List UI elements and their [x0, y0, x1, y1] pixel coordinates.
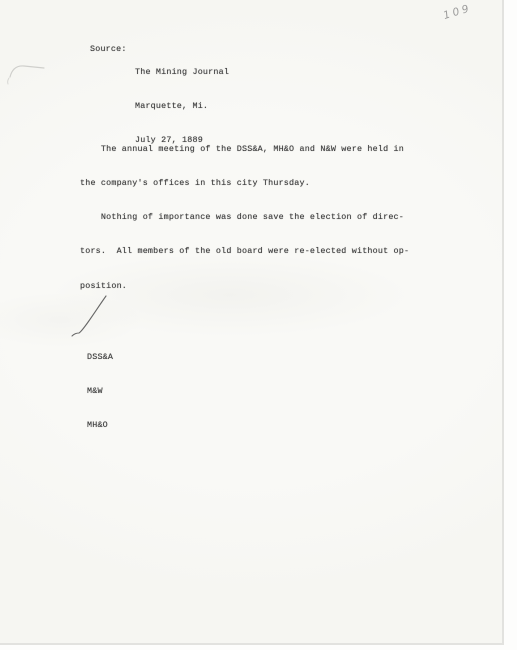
index-tag: MH&O — [87, 420, 113, 431]
article-line: Nothing of importance was done save the … — [80, 212, 409, 223]
article-body: The annual meeting of the DSS&A, MH&O an… — [80, 121, 409, 315]
index-tag: DSS&A — [87, 352, 113, 363]
scanned-document-page: 109 Source: The Mining Journal Marquette… — [0, 0, 517, 650]
paper-sheet — [0, 0, 504, 645]
index-tag: M&W — [87, 386, 113, 397]
article-line: position. — [80, 281, 409, 292]
source-label: Source: — [90, 44, 127, 55]
article-line: The annual meeting of the DSS&A, MH&O an… — [80, 144, 409, 155]
article-line: the company's offices in this city Thurs… — [80, 178, 409, 189]
source-publication: The Mining Journal — [135, 67, 229, 78]
index-tag-list: DSS&A M&W MH&O — [87, 329, 113, 454]
source-location: Marquette, Mi. — [135, 101, 229, 112]
article-line: tors. All members of the old board were … — [80, 246, 409, 257]
